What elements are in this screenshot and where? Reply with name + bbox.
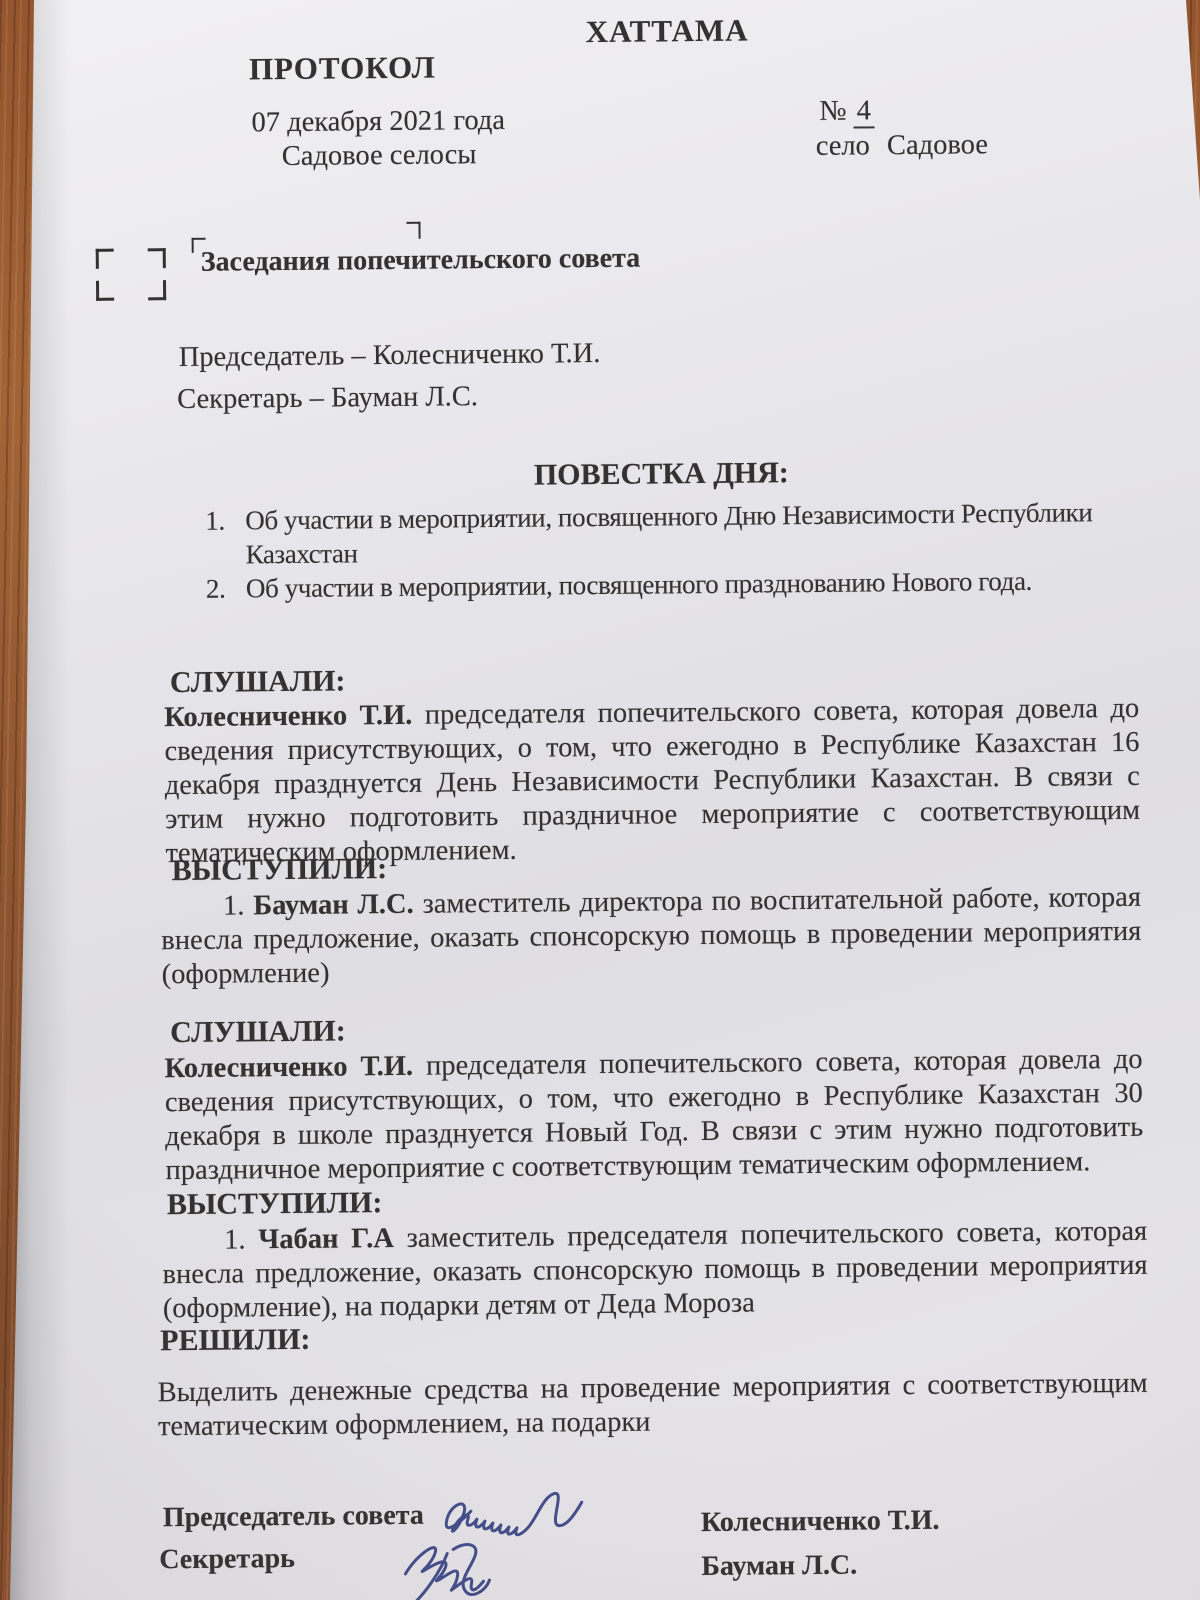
photo-of-document: { "header": { "title_top": "ХАТТАМА", "t… [0, 0, 1200, 1600]
photo-vignette [0, 0, 1200, 1600]
paper-sheet: ХАТТАМА ПРОТОКОЛ 07 декабря 2021 года Са… [0, 0, 1200, 1600]
